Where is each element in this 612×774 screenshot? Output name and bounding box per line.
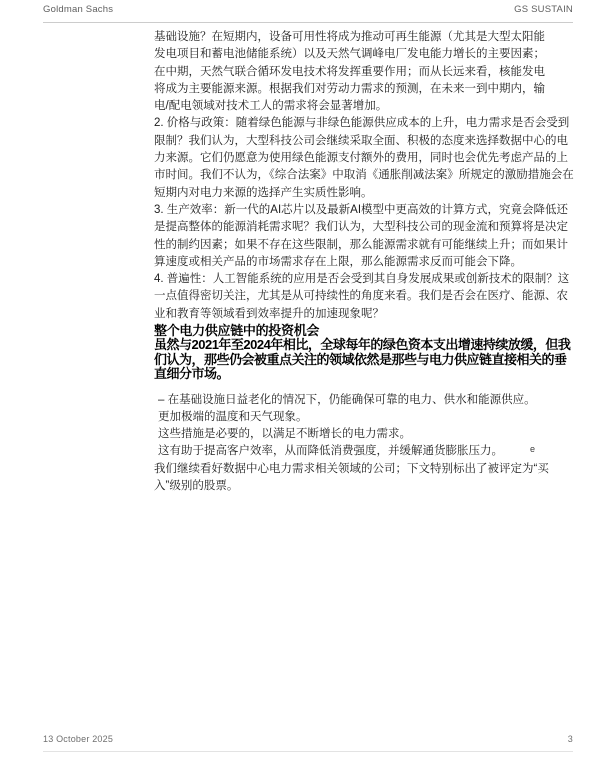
header-divider bbox=[43, 22, 573, 23]
footer-page-number: 3 bbox=[568, 734, 573, 744]
numbered-item-2: 2. 价格与政策：随着绿色能源与非绿色能源供应成本的上升，电力需求是否会受到限制… bbox=[154, 115, 575, 201]
closing-paragraph: 我们继续看好数据中心电力需求相关领域的公司；下文特别标出了被评定为“买入”级别的… bbox=[154, 461, 575, 496]
numbered-item-1-continuation: 基础设施？在短期内，设备可用性将成为推动可再生能源（尤其是大型太阳能发电项目和蓄… bbox=[154, 29, 547, 115]
bullet-subline: 更加极端的温度和天气现象。 bbox=[158, 409, 575, 426]
footer-divider bbox=[43, 751, 573, 752]
numbered-item-4: 4. 普遍性：人工智能系统的应用是否会受到其自身发展成果或创新技术的限制？这一点… bbox=[154, 271, 575, 323]
header-brand: Goldman Sachs bbox=[43, 4, 113, 15]
section-heading: 整个电力供应链中的投资机会 bbox=[154, 323, 575, 338]
footer-date: 13 October 2025 bbox=[43, 734, 113, 744]
section-lead-paragraph: 虽然与2021年至2024年相比，全球每年的绿色资本支出增速持续放缓，但我们认为… bbox=[154, 338, 575, 382]
page-header: Goldman Sachs GS SUSTAIN bbox=[43, 4, 573, 15]
measures-line: 这些措施是必要的，以满足不断增长的电力需求。 bbox=[158, 426, 575, 443]
efficiency-line: 这有助于提高客户效率，从而降低消费强度，并缓解通货膨胀压力。 e bbox=[158, 443, 575, 460]
header-publication: GS SUSTAIN bbox=[514, 4, 573, 15]
numbered-item-3: 3. 生产效率：新一代的AI芯片以及最新AI模型中更高效的计算方式，究竟会降低还… bbox=[154, 202, 575, 271]
endnote-marker: e bbox=[530, 441, 535, 458]
bullet-item: – 在基础设施日益老化的情况下，仍能确保可靠的电力、供水和能源供应。 bbox=[158, 392, 575, 409]
report-body: 基础设施？在短期内，设备可用性将成为推动可再生能源（尤其是大型太阳能发电项目和蓄… bbox=[154, 29, 575, 495]
report-page: Goldman Sachs GS SUSTAIN 基础设施？在短期内，设备可用性… bbox=[0, 0, 612, 774]
bullet-fragments: – 在基础设施日益老化的情况下，仍能确保可靠的电力、供水和能源供应。 更加极端的… bbox=[158, 392, 575, 461]
page-footer: 13 October 2025 3 bbox=[43, 734, 573, 744]
efficiency-line-text: 这有助于提高客户效率，从而降低消费强度，并缓解通货膨胀压力。 bbox=[158, 445, 503, 457]
